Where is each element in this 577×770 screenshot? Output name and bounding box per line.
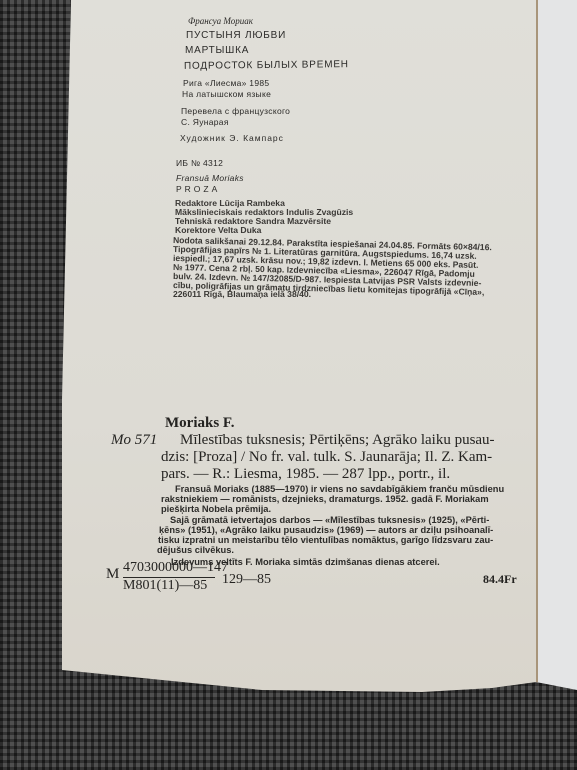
annotation-3: piešķirta Nobela prēmija.: [161, 504, 271, 515]
fraction-numerator: 4703000000—147: [123, 560, 228, 576]
catalog-desc-1: Mīlestības tuksnesis; Pērtiķēns; Agrāko …: [180, 432, 495, 449]
catalog-call-number: Mo 571: [111, 432, 157, 449]
ru-artist: Художник Э. Кампарс: [180, 133, 284, 143]
fraction-denominator: M801(11)—85: [123, 578, 207, 594]
ru-title-3: ПОДРОСТОК БЫЛЫХ ВРЕМЕН: [184, 59, 349, 72]
annotation-7: dējušus cilvēkus.: [157, 545, 234, 556]
catalog-desc-3: pars. — R.: Liesma, 1985. — 287 lpp., po…: [161, 466, 450, 483]
print-info-7: 226011 Rīgā, Blaumaņa ielā 38/40.: [173, 290, 311, 300]
ru-author: Франсуа Мориак: [188, 16, 253, 26]
credit-corrector: Korektore Velta Duka: [175, 226, 261, 236]
ib-number: ИБ № 4312: [176, 158, 223, 168]
catalog-author-heading: Moriaks F.: [165, 415, 234, 432]
classification: 84.4Fr: [483, 572, 517, 587]
lv-author: Fransuā Moriaks: [176, 173, 244, 183]
ru-translation-1: Перевела с французского: [181, 106, 290, 116]
catalog-code: 129—85: [222, 572, 271, 588]
ru-title-1: ПУСТЫНЯ ЛЮБВИ: [186, 30, 286, 41]
facing-page: [536, 0, 577, 690]
ru-translation-2: С. Яунарая: [181, 117, 229, 127]
ru-language: На латышском языке: [182, 89, 271, 99]
index-letter: M: [106, 566, 119, 583]
ru-title-2: МАРТЫШКА: [185, 45, 249, 56]
catalog-desc-2: dzis: [Proza] / No fr. val. tulk. S. Jau…: [161, 449, 492, 466]
lv-genre: PROZA: [176, 184, 220, 194]
ru-publisher: Рига «Лиесма» 1985: [183, 78, 269, 88]
